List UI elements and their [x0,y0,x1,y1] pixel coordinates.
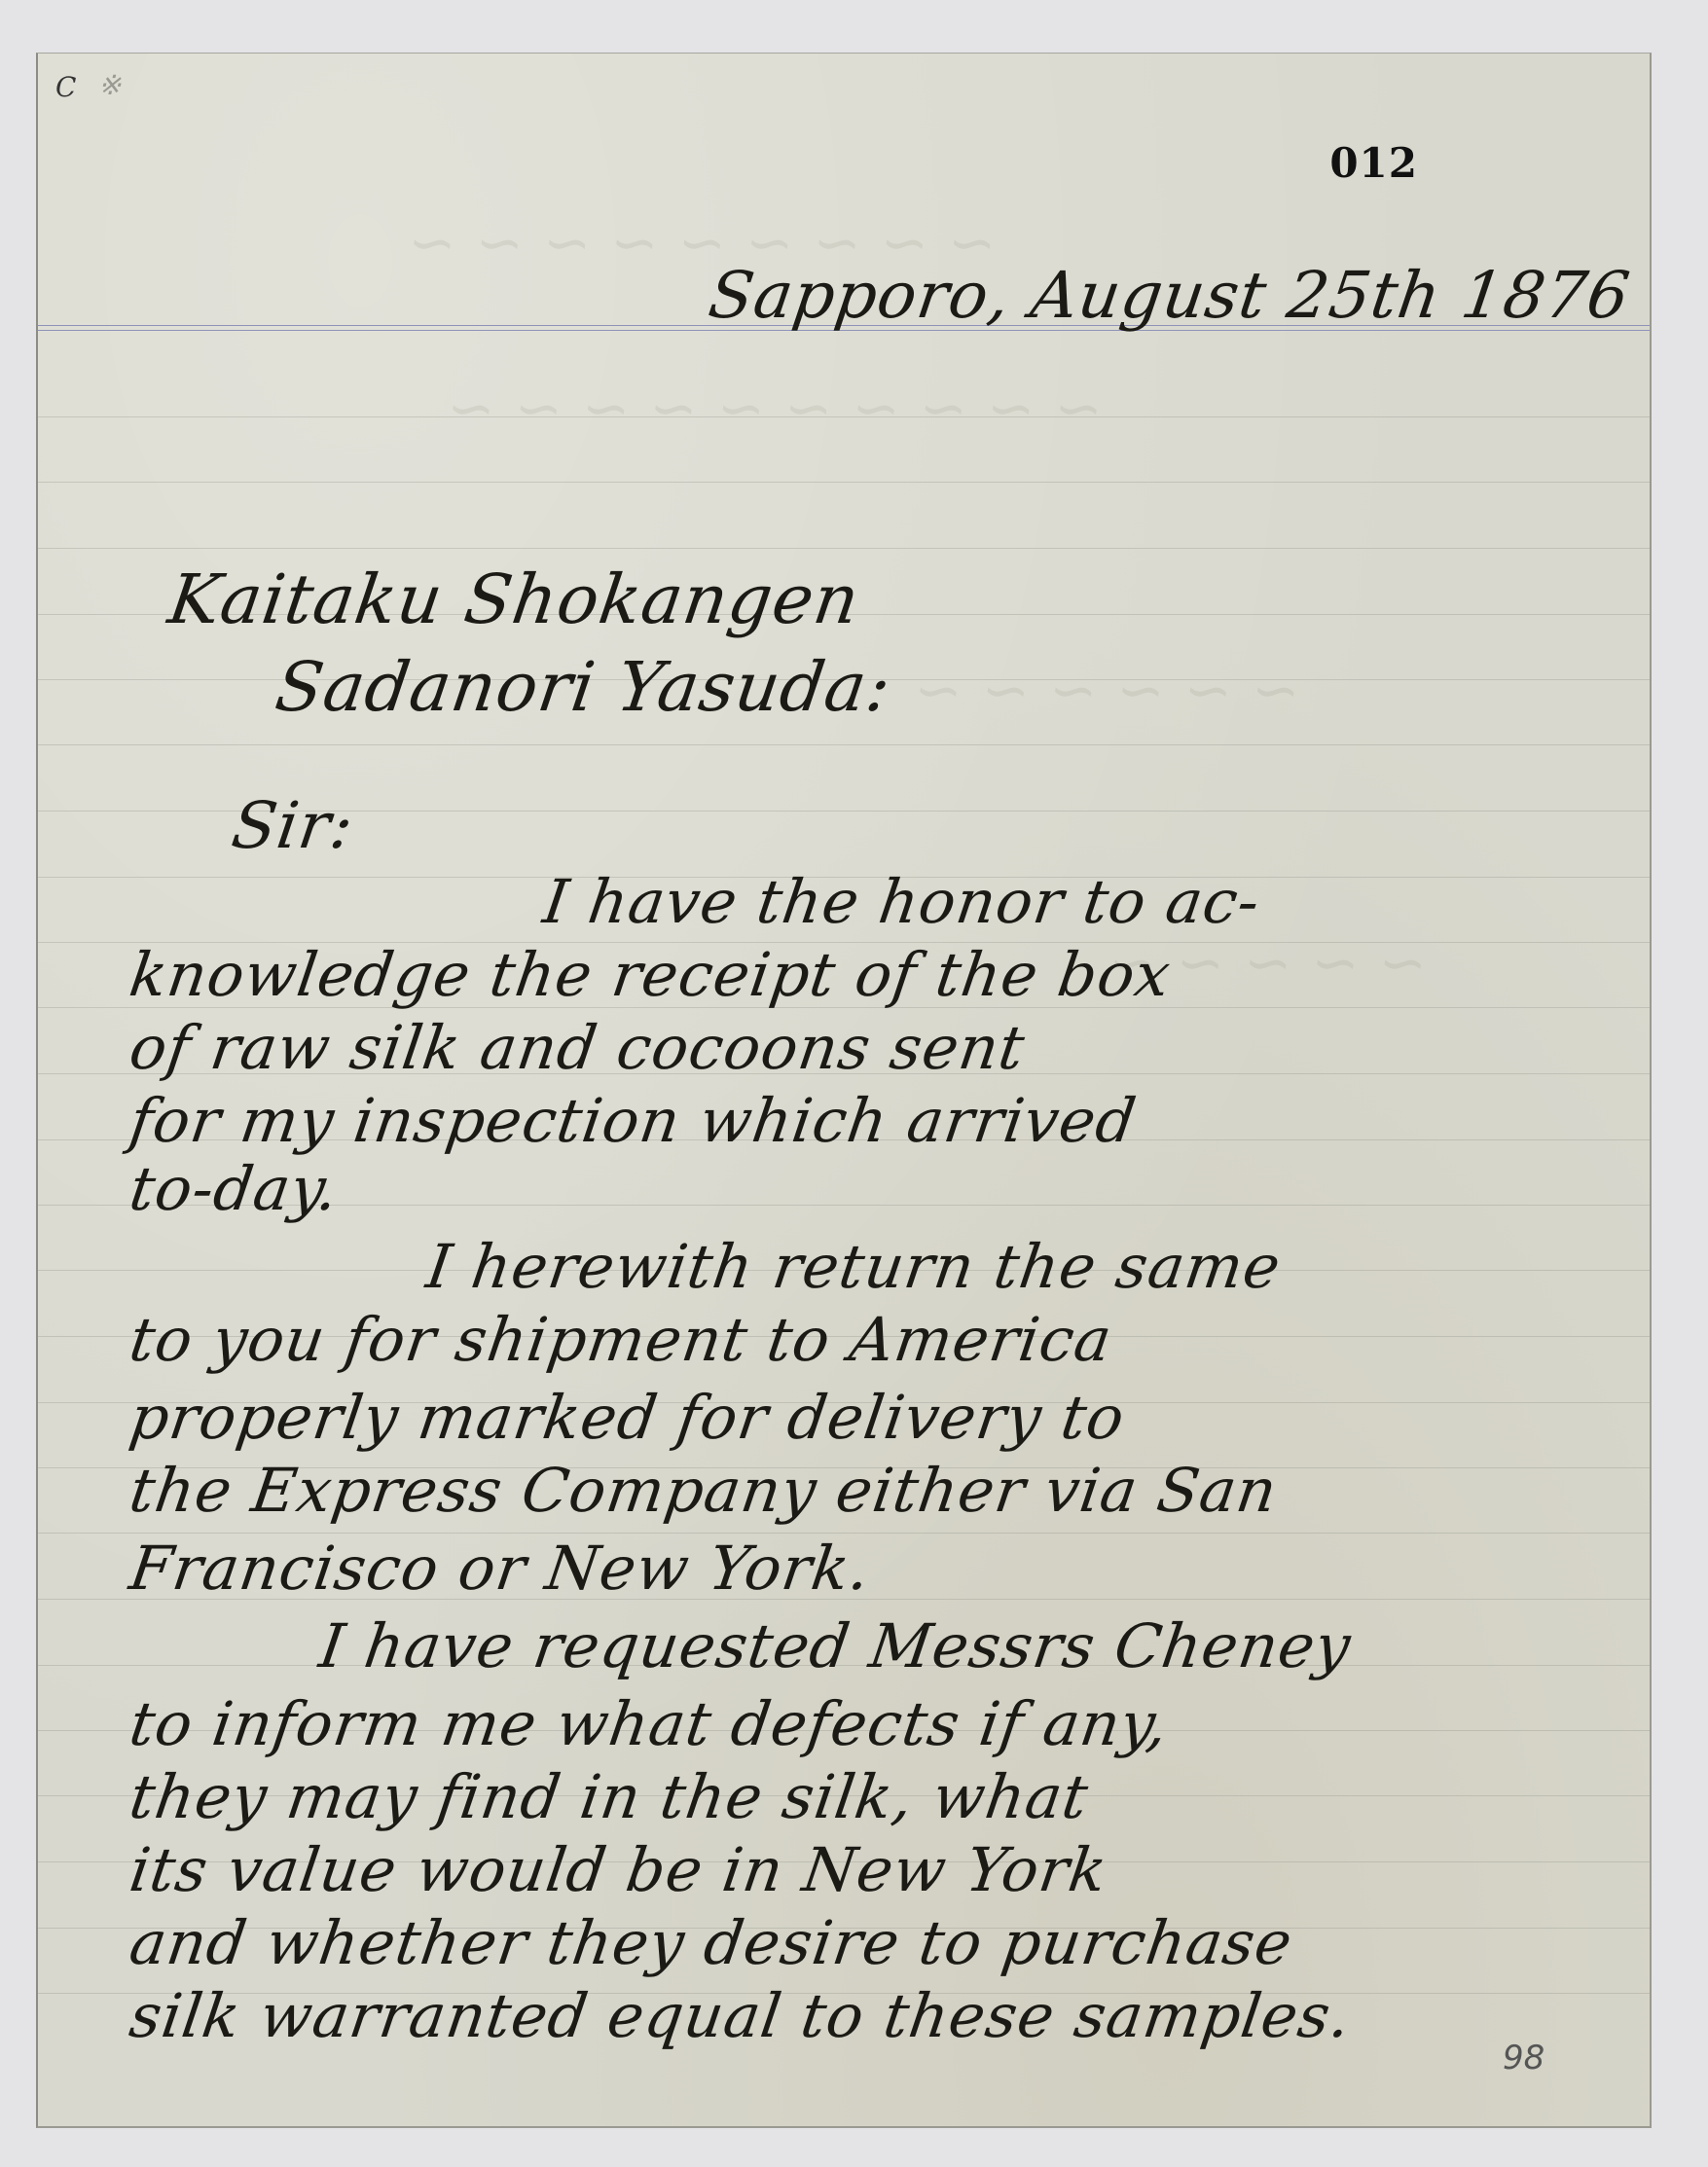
ruled-line [38,548,1650,549]
body-line: its value would be in New York [126,1834,1112,1905]
dateline: Sapporo, August 25th 1876 [705,258,1635,333]
body-line: I herewith return the same [422,1231,1286,1302]
body-line: properly marked for delivery to [126,1382,1130,1453]
body-line: silk warranted equal to these samples. [126,1980,1356,2051]
corner-pencil-mark: C [55,71,76,103]
body-line: to inform me what defects if any, [126,1688,1173,1759]
body-line: I have requested Messrs Cheney [315,1610,1356,1681]
body-line: for my inspection which arrived [126,1085,1141,1156]
bleed-through-text: ~ ~ ~ ~ ~ ~ ~ ~ ~ ~ [441,375,1109,443]
pencil-page-number: 98 [1503,2039,1544,2077]
body-line: I have the honor to ac- [539,866,1264,937]
body-line: the Express Company either via San [126,1455,1282,1526]
archive-number-stamp: 012 [1329,139,1418,187]
addressee-name: Sadanori Yasuda: [271,647,896,727]
body-line: to you for shipment to America [126,1304,1116,1375]
body-line: they may find in the silk, what [126,1761,1093,1832]
body-line: to-day. [126,1153,344,1224]
letter-page: ~ ~ ~ ~ ~ ~ ~ ~ ~ ~ ~ ~ ~ ~ ~ ~ ~ ~ ~ ~ … [36,53,1652,2128]
body-line: knowledge the receipt of the box [126,939,1176,1010]
body-line: Francisco or New York. [126,1533,875,1604]
addressee-title: Kaitaku Shokangen [164,560,864,639]
body-line: and whether they desire to purchase [126,1907,1297,1978]
ruled-line [38,482,1650,483]
ruled-line [38,744,1650,745]
salutation: Sir: [228,788,359,863]
corner-ink-blot: ※ [98,69,121,101]
body-line: of raw silk and cocoons sent [126,1012,1030,1083]
bleed-through-text: ~ ~ ~ ~ ~ ~ [908,657,1306,725]
